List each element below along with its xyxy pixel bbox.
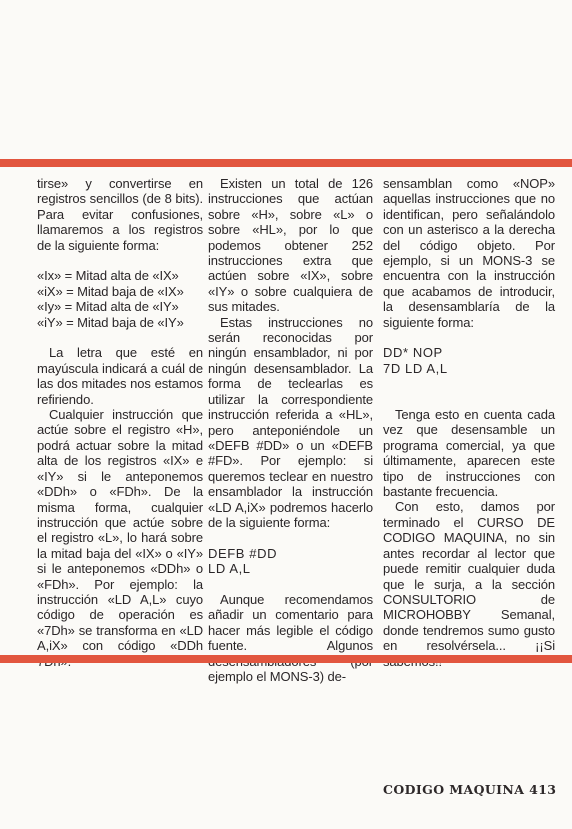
paragraph: Tenga esto en cuenta cada vez que desens…	[383, 407, 555, 499]
paragraph: Estas instrucciones no serán reconocidas…	[208, 315, 373, 531]
page-number: 413	[529, 782, 556, 797]
code-line: DEFB #DD	[208, 546, 373, 561]
section-title: CODIGO MAQUINA	[383, 782, 524, 797]
paragraph: tirse» y convertirse en registros sencil…	[37, 176, 203, 253]
paragraph: La letra que esté en mayúscula indicará …	[37, 345, 203, 407]
paragraph: Cualquier instrucción que actúe sobre el…	[37, 407, 203, 669]
column-1: tirse» y convertirse en registros sencil…	[37, 176, 203, 669]
definition-line: «Ix» = Mitad alta de «IX»	[37, 268, 203, 283]
column-3: sensamblan como «NOP» aquellas instrucci…	[383, 176, 555, 669]
definition-line: «Iy» = Mitad alta de «IY»	[37, 299, 203, 314]
code-line: DD* NOP	[383, 345, 555, 360]
bottom-red-rule	[0, 655, 572, 663]
paragraph: sensamblan como «NOP» aquellas instrucci…	[383, 176, 555, 330]
code-line: 7D LD A,L	[383, 361, 555, 376]
paragraph: Aunque recomendamos añadir un comentario…	[208, 592, 373, 684]
definition-line: «iY» = Mitad baja de «IY»	[37, 315, 203, 330]
page-footer: CODIGO MAQUINA 413	[383, 782, 556, 797]
definition-line: «iX» = Mitad baja de «IX»	[37, 284, 203, 299]
code-line: LD A,L	[208, 561, 373, 576]
top-red-rule	[0, 159, 572, 167]
paragraph: Con esto, damos por terminado el CURSO D…	[383, 499, 555, 668]
column-2: Existen un total de 126 instrucciones qu…	[208, 176, 373, 684]
paragraph: Existen un total de 126 instrucciones qu…	[208, 176, 373, 315]
